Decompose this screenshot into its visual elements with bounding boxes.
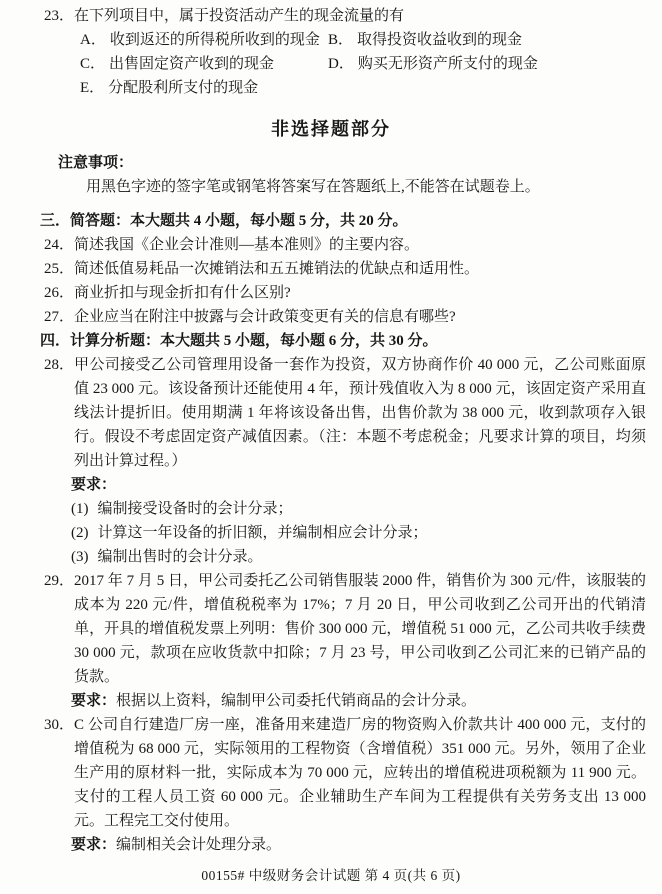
- question-28-item-1-text: 编制接受设备时的会计分录；: [98, 497, 293, 521]
- question-29-body: 2017 年 7 月 5 日，甲公司委托乙公司销售服装 2000 件，销售价为 …: [74, 569, 646, 689]
- question-29: 29． 2017 年 7 月 5 日，甲公司委托乙公司销售服装 2000 件，销…: [0, 569, 662, 713]
- question-28-item-2: (2) 计算这一年设备的折旧额，并编制相应会计分录；: [71, 521, 646, 545]
- question-28-item-2-label: (2): [71, 521, 89, 545]
- option-c-letter: C．: [80, 52, 105, 76]
- question-30-requirement: 要求：编制相关会计处理分录。: [71, 833, 646, 857]
- question-27: 27． 企业应当在附注中披露与会计政策变更有关的信息有哪些?: [0, 305, 662, 329]
- option-d-text: 购买无形资产所支付的现金: [358, 52, 538, 76]
- notice-body: 用黑色字迹的签字笔或钢笔将答案写在答题纸上,不能答在试题卷上。: [58, 175, 662, 199]
- question-27-number: 27．: [44, 305, 74, 329]
- question-28-number: 28．: [44, 353, 74, 473]
- exam-page: 23． 在下列项目中，属于投资活动产生的现金流量的有 A． 收到返还的所得税所收…: [0, 0, 662, 894]
- option-e-letter: E．: [80, 76, 104, 100]
- notice-heading: 注意事项：: [58, 151, 662, 175]
- option-d: D． 购买无形资产所支付的现金: [328, 52, 646, 76]
- option-e: E． 分配股利所支付的现金: [80, 76, 328, 100]
- section-title: 非选择题部分: [0, 117, 662, 141]
- question-28-item-1-label: (1): [71, 497, 89, 521]
- option-e-text: 分配股利所支付的现金: [108, 76, 258, 100]
- question-28-item-3-label: (3): [71, 545, 89, 569]
- question-28-requirement-label: 要求：: [71, 477, 116, 493]
- question-28-item-1: (1) 编制接受设备时的会计分录；: [71, 497, 646, 521]
- option-c-text: 出售固定资产收到的现金: [109, 52, 274, 76]
- option-a-letter: A．: [80, 28, 106, 52]
- question-28-item-2-text: 计算这一年设备的折旧额，并编制相应会计分录；: [98, 521, 428, 545]
- question-25-number: 25．: [44, 257, 74, 281]
- question-23-stem: 在下列项目中，属于投资活动产生的现金流量的有: [74, 4, 404, 28]
- option-d-letter: D．: [328, 52, 354, 76]
- page-footer: 00155# 中级财务会计试题 第 4 页(共 6 页): [0, 864, 662, 888]
- question-25: 25． 简述低值易耗品一次摊销法和五五摊销法的优缺点和适用性。: [0, 257, 662, 281]
- question-30-body: C 公司自行建造厂房一座，准备用来建造厂房的物资购入价款共计 400 000 元…: [74, 713, 646, 833]
- question-29-requirement-text: 根据以上资料，编制甲公司委托代销商品的会计分录。: [116, 693, 476, 709]
- question-24: 24． 简述我国《企业会计准则—基本准则》的主要内容。: [0, 233, 662, 257]
- question-30-requirement-label: 要求：: [71, 837, 116, 853]
- part4-heading: 四．计算分析题：本大题共 5 小题，每小题 6 分，共 30 分。: [0, 329, 662, 353]
- question-29-requirement: 要求：根据以上资料，编制甲公司委托代销商品的会计分录。: [71, 689, 646, 713]
- question-30-requirement-text: 编制相关会计处理分录。: [116, 837, 281, 853]
- question-23-options: A． 收到返还的所得税所收到的现金 B． 取得投资收益收到的现金 C． 出售固定…: [80, 28, 646, 100]
- question-24-number: 24．: [44, 233, 74, 257]
- part3-heading: 三．简答题：本大题共 4 小题，每小题 5 分，共 20 分。: [0, 209, 662, 233]
- question-25-text: 简述低值易耗品一次摊销法和五五摊销法的优缺点和适用性。: [74, 257, 662, 281]
- question-28-item-3: (3) 编制出售时的会计分录。: [71, 545, 646, 569]
- question-23: 23． 在下列项目中，属于投资活动产生的现金流量的有 A． 收到返还的所得税所收…: [0, 0, 662, 100]
- question-30: 30． C 公司自行建造厂房一座，准备用来建造厂房的物资购入价款共计 400 0…: [0, 713, 662, 857]
- question-28-body: 甲公司接受乙公司管理用设备一套作为投资，双方协商作价 40 000 元，乙公司账…: [74, 353, 646, 473]
- question-30-number: 30．: [44, 713, 74, 833]
- option-a-text: 收到返还的所得税所收到的现金: [110, 28, 320, 52]
- question-26-text: 商业折扣与现金折扣有什么区别?: [74, 281, 662, 305]
- question-28-item-3-text: 编制出售时的会计分录。: [98, 545, 263, 569]
- notice: 注意事项： 用黑色字迹的签字笔或钢笔将答案写在答题纸上,不能答在试题卷上。: [0, 151, 662, 199]
- option-c: C． 出售固定资产收到的现金: [80, 52, 328, 76]
- option-b-letter: B．: [328, 28, 353, 52]
- question-27-text: 企业应当在附注中披露与会计政策变更有关的信息有哪些?: [74, 305, 662, 329]
- option-a: A． 收到返还的所得税所收到的现金: [80, 28, 328, 52]
- question-24-text: 简述我国《企业会计准则—基本准则》的主要内容。: [74, 233, 662, 257]
- question-29-requirement-label: 要求：: [71, 693, 116, 709]
- question-26: 26． 商业折扣与现金折扣有什么区别?: [0, 281, 662, 305]
- question-29-number: 29．: [44, 569, 74, 689]
- question-28-requirement: 要求：: [71, 473, 646, 497]
- question-26-number: 26．: [44, 281, 74, 305]
- option-b: B． 取得投资收益收到的现金: [328, 28, 646, 52]
- question-23-number: 23．: [44, 4, 74, 28]
- option-b-text: 取得投资收益收到的现金: [357, 28, 522, 52]
- question-28: 28． 甲公司接受乙公司管理用设备一套作为投资，双方协商作价 40 000 元，…: [0, 353, 662, 569]
